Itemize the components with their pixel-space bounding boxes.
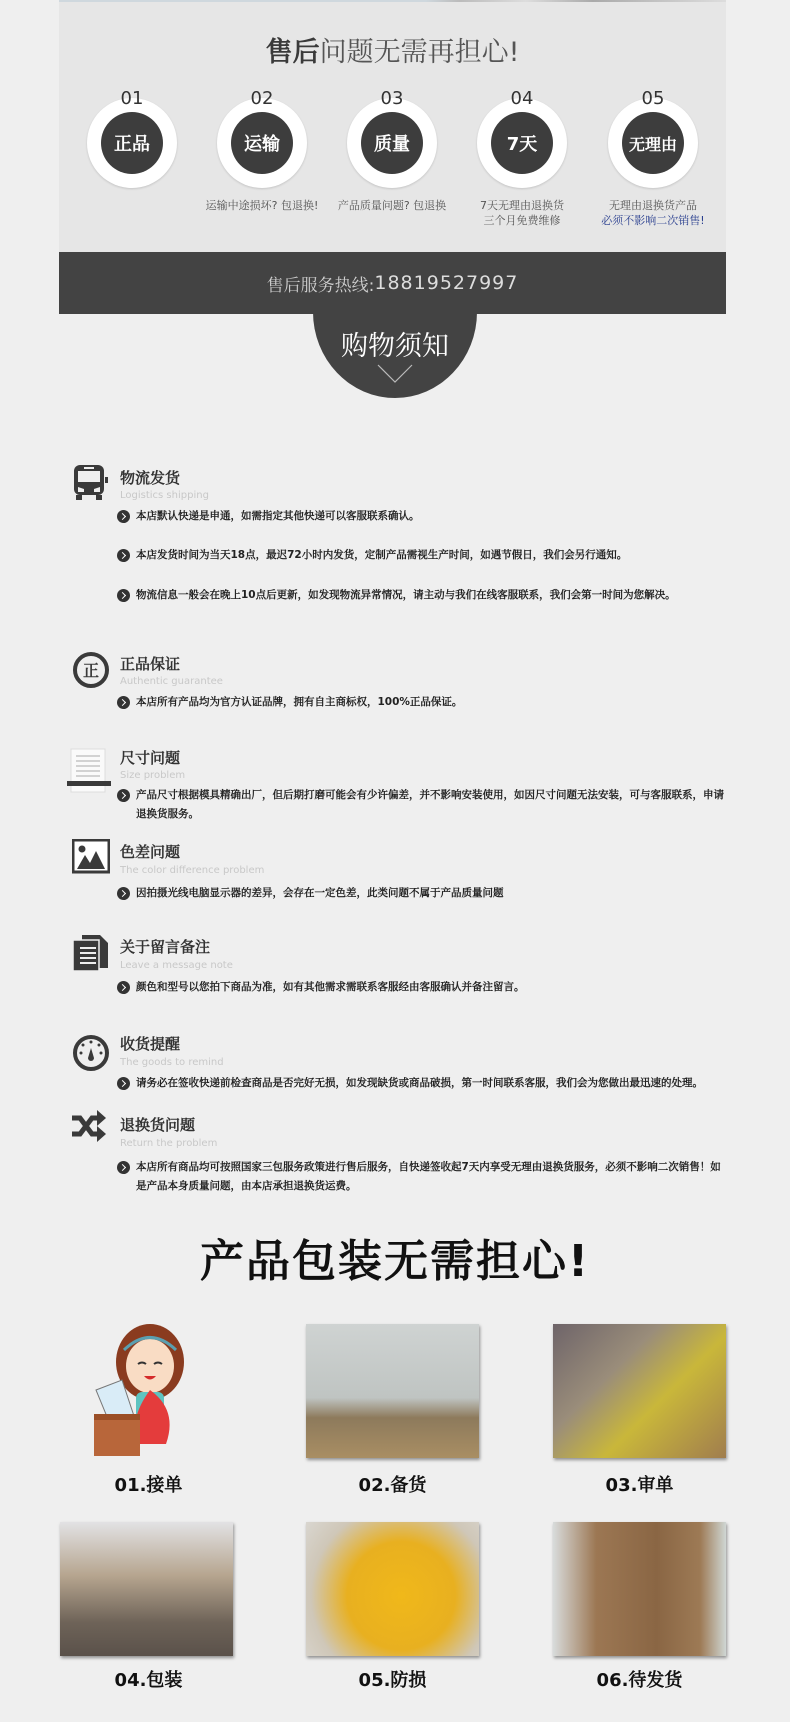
list-item: 本店默认快递是申通，如需指定其他快递可以客服联系确认。	[117, 507, 727, 526]
gauge-icon	[72, 1034, 110, 1072]
badge-quality: 质量 03	[347, 98, 437, 188]
chevron-down-icon	[377, 364, 413, 384]
badge-caption-no-reason: 无理由退换货产品必须不影响二次销售!	[578, 198, 728, 228]
boxes-ready-photo	[553, 1522, 726, 1656]
bullet-arrow-icon	[117, 510, 130, 523]
image-icon	[72, 839, 110, 877]
section-subtitle-color: The color difference problem	[120, 865, 264, 876]
step-caption: 06.待发货	[553, 1666, 726, 1692]
list-item: 本店发货时间为当天18点，最迟72小时内发货，定制产品需视生产时间，如遇节假日，…	[117, 546, 727, 565]
bullet-arrow-icon	[117, 549, 130, 562]
list-item: 物流信息一般会在晚上10点后更新，如发现物流异常情况，请主动与我们在线客服联系，…	[117, 586, 727, 605]
list-item: 因拍摄光线电脑显示器的差异，会存在一定色差，此类问题不属于产品质量问题	[117, 884, 727, 903]
section-subtitle-returns: Return the problem	[120, 1138, 217, 1149]
packaging-title: 产品包装无需担心!	[0, 1225, 790, 1289]
protective-wrap-photo	[306, 1522, 479, 1656]
step-caption: 01.接单	[62, 1471, 235, 1497]
section-subtitle-receipt: The goods to remind	[120, 1057, 224, 1068]
svg-text:正: 正	[83, 661, 99, 680]
bullet-arrow-icon	[117, 887, 130, 900]
section-title-logistics: 物流发货	[120, 467, 180, 488]
badge-shipping: 运输 02	[217, 98, 307, 188]
order-check-photo	[553, 1324, 726, 1458]
bullet-arrow-icon	[117, 789, 130, 802]
ruler-document-icon	[67, 748, 111, 794]
badge-no-reason: 无理由 05	[608, 98, 698, 188]
badge-caption-7days: 7天无理由退换货三个月免费维修	[447, 198, 597, 228]
badge-caption-quality: 产品质量问题? 包退换	[317, 198, 467, 213]
list-item: 本店所有商品均可按照国家三包服务政策进行售后服务，自快递签收起7天内享受无理由退…	[117, 1158, 727, 1196]
packing-photo	[60, 1522, 233, 1656]
section-subtitle-message: Leave a message note	[120, 960, 233, 971]
section-title-size: 尺寸问题	[120, 747, 180, 768]
bullet-arrow-icon	[117, 1077, 130, 1090]
bullet-arrow-icon	[117, 696, 130, 709]
badge-authentic: 正品 01	[87, 98, 177, 188]
top-image-edge	[59, 0, 726, 2]
warehouse-stock-photo	[306, 1324, 479, 1458]
section-title-color: 色差问题	[120, 841, 180, 862]
after-sales-panel: 售后问题无需再担心! 正品 01 运输 02 质量 03 7天 04 无理由 0…	[59, 0, 726, 252]
bullet-arrow-icon	[117, 1161, 130, 1174]
step-caption: 02.备货	[306, 1471, 479, 1497]
list-item: 颜色和型号以您拍下商品为准，如有其他需求需联系客服经由客服确认并备注留言。	[117, 978, 727, 997]
section-subtitle-authentic: Authentic guarantee	[120, 676, 223, 687]
shuffle-icon	[70, 1108, 108, 1146]
shopping-notice-tab: 购物须知	[313, 312, 477, 398]
customer-service-illustration	[88, 1320, 208, 1460]
section-title-returns: 退换货问题	[120, 1114, 195, 1135]
list-item: 请务必在签收快递前检查商品是否完好无损，如发现缺货或商品破损，第一时间联系客服，…	[117, 1074, 727, 1093]
after-sales-title: 售后问题无需再担心!	[59, 30, 726, 69]
bullet-arrow-icon	[117, 981, 130, 994]
section-subtitle-logistics: Logistics shipping	[120, 490, 209, 501]
badge-7days: 7天 04	[477, 98, 567, 188]
authentic-seal-icon: 正	[72, 651, 110, 689]
section-title-receipt: 收货提醒	[120, 1033, 180, 1054]
list-item: 产品尺寸根据模具精确出厂，但后期打磨可能会有少许偏差，并不影响安装使用，如因尺寸…	[117, 786, 727, 824]
hotline-number: 18819527997	[374, 272, 518, 294]
bullet-arrow-icon	[117, 589, 130, 602]
section-title-authentic: 正品保证	[120, 653, 180, 674]
hotline-bar: 售后服务热线: 18819527997	[59, 252, 726, 314]
section-title-message: 关于留言备注	[120, 936, 210, 957]
step-caption: 03.审单	[553, 1471, 726, 1497]
step-caption: 05.防损	[306, 1666, 479, 1692]
badge-caption-shipping: 运输中途损坏? 包退换!	[187, 198, 337, 213]
section-subtitle-size: Size problem	[120, 770, 185, 781]
step-caption: 04.包装	[62, 1666, 235, 1692]
list-item: 本店所有产品均为官方认证品牌，拥有自主商标权，100%正品保证。	[117, 693, 727, 712]
bus-icon	[72, 463, 110, 501]
hotline-label: 售后服务热线:	[267, 271, 375, 296]
documents-icon	[72, 934, 110, 972]
